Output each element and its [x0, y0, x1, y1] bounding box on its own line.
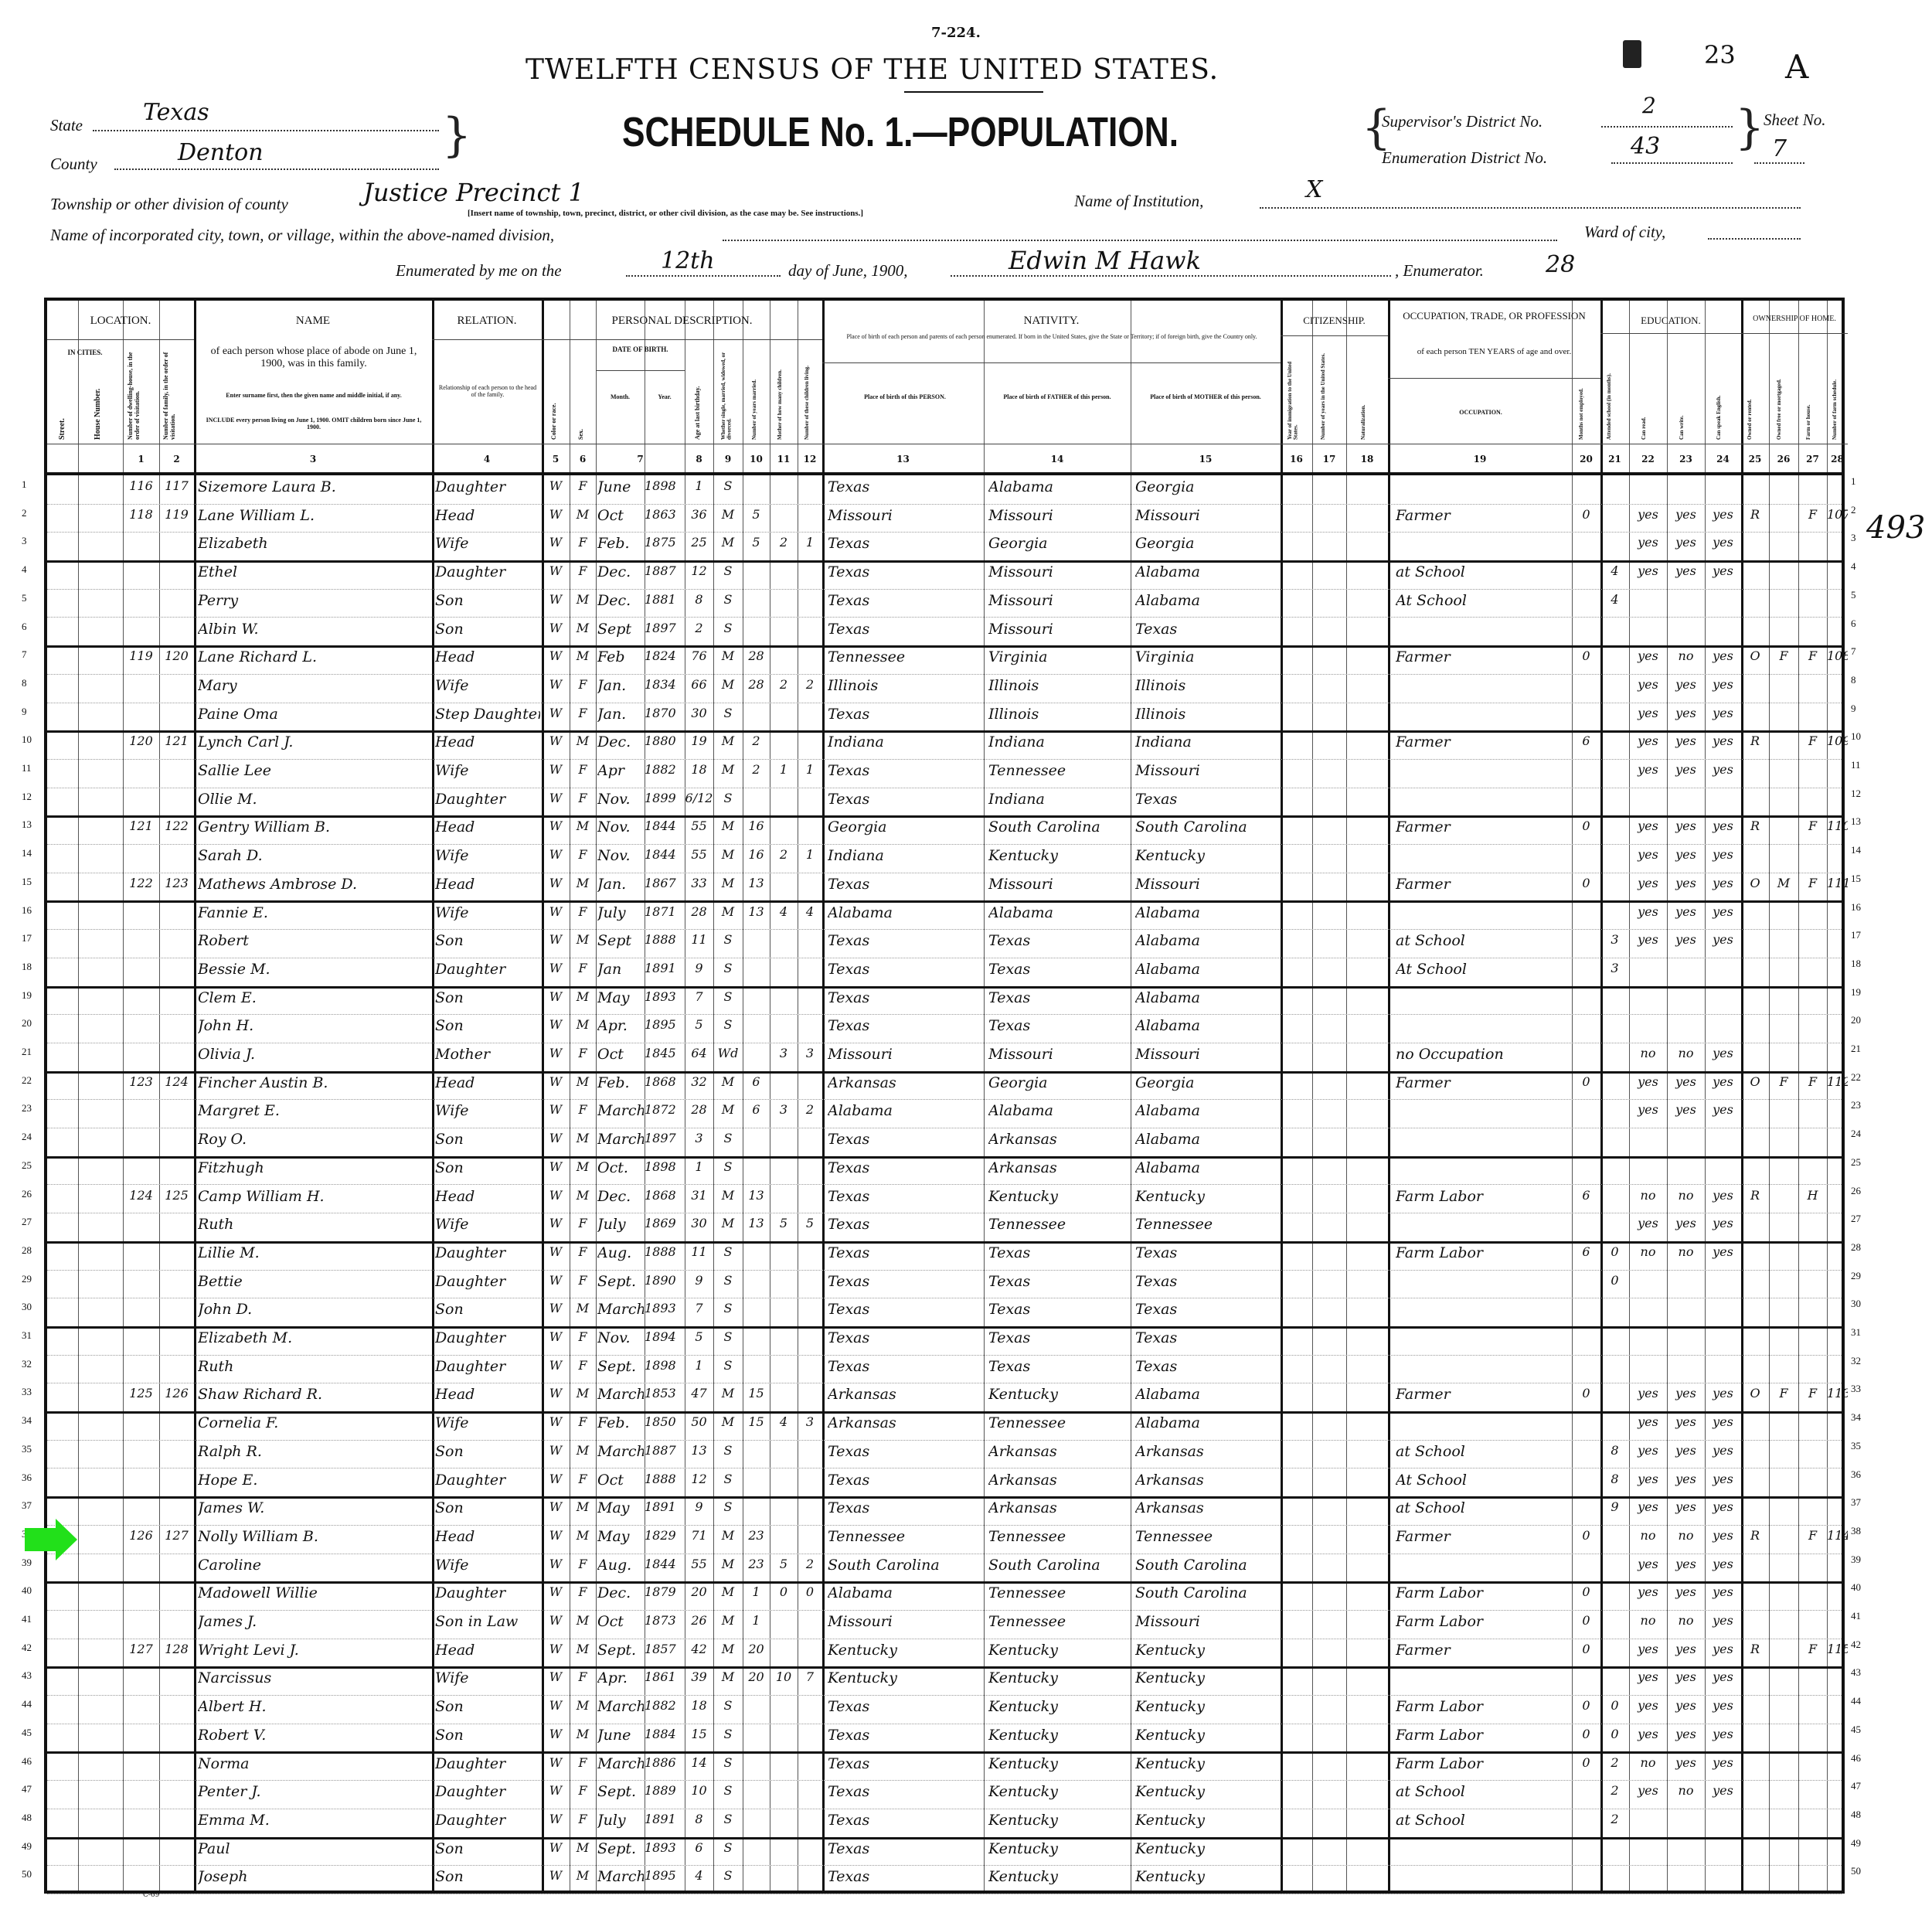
cell-year: 1868 [645, 1074, 685, 1089]
cell-age: 20 [685, 1584, 713, 1599]
cell-bm: Alabama [1135, 932, 1281, 949]
cell-speak: yes [1705, 1783, 1741, 1798]
line-number-right: 19 [1851, 986, 1861, 999]
cell-age: 18 [685, 1698, 713, 1713]
cell-bf: South Carolina [988, 818, 1131, 835]
column-number: 19 [1388, 454, 1572, 465]
cell-bp: Texas [828, 1840, 982, 1857]
cell-bp: Texas [828, 478, 982, 495]
cell-occ: at School [1396, 1812, 1570, 1829]
institution-value: X [1306, 176, 1322, 203]
cell-bp: Texas [828, 706, 982, 723]
cell-relation: Head [435, 1386, 540, 1403]
cell-speak: yes [1705, 1698, 1741, 1713]
cell-name: John H. [198, 1017, 430, 1034]
cell-year: 1879 [645, 1584, 685, 1599]
cell-speak: yes [1705, 762, 1741, 777]
line-number-left: 29 [22, 1273, 32, 1285]
table-row: Madowell WillieDaughterWFDec.187920M100A… [47, 1581, 1842, 1611]
cell-year: 1893 [645, 1840, 685, 1855]
street-header: Street. [58, 386, 66, 440]
form-number: 7-224. [931, 25, 981, 41]
cell-write: yes [1667, 876, 1705, 890]
table-row: FitzhughSonWMOct.18981STexasArkansasAlab… [47, 1156, 1842, 1186]
cell-read: yes [1629, 1727, 1667, 1741]
cell-sex: M [570, 1159, 596, 1174]
cell-free: M [1769, 876, 1798, 890]
cell-color: W [542, 706, 570, 720]
cell-speak: yes [1705, 1046, 1741, 1060]
cell-month: March [597, 1443, 644, 1460]
table-row: John H.SonWMApr.18955STexasTexasAlabama [47, 1014, 1842, 1043]
cell-color: W [542, 478, 570, 493]
cell-mother: 3 [770, 1046, 798, 1060]
cell-month: Dec. [597, 563, 644, 580]
cell-bm: Missouri [1135, 507, 1281, 524]
cell-relation: Daughter [435, 1584, 540, 1601]
cell-month: Nov. [597, 1329, 644, 1346]
cell-family: 117 [159, 478, 194, 493]
cell-ym: 1 [743, 1584, 770, 1599]
cell-bf: Kentucky [988, 1727, 1131, 1744]
cell-write: yes [1667, 1472, 1705, 1486]
cell-color: W [542, 1642, 570, 1656]
years-married-header: Number of years married. [752, 347, 758, 440]
cell-farm: F [1798, 733, 1827, 748]
table-row: PaulSonWMSept.18936STexasKentuckyKentuck… [47, 1837, 1842, 1867]
cell-age: 36 [685, 507, 713, 522]
schedule-rows: 116117Sizemore Laura B.DaughterWFJune189… [47, 475, 1842, 1890]
cell-bm: Kentucky [1135, 1755, 1281, 1772]
cell-year: 1853 [645, 1386, 685, 1400]
cell-name: Albert H. [198, 1698, 430, 1715]
cell-year: 1882 [645, 1698, 685, 1713]
cell-own: O [1741, 648, 1769, 663]
cell-occ: no Occupation [1396, 1046, 1570, 1063]
column-number: 7 [596, 454, 685, 465]
cell-marital: S [713, 989, 743, 1004]
cell-mother: 5 [770, 1216, 798, 1230]
column-number: 1 [123, 454, 159, 465]
cell-bm: Texas [1135, 1273, 1281, 1290]
nativity-desc: Place of birth of each person and parent… [828, 333, 1276, 340]
months-unemployed-header: Months not employed. [1579, 386, 1585, 440]
cell-bp: Texas [828, 961, 982, 978]
cell-month: Apr. [597, 1669, 644, 1686]
cell-color: W [542, 1414, 570, 1429]
cell-month: Apr [597, 762, 644, 779]
cell-color: W [542, 1528, 570, 1543]
line-number-right: 43 [1851, 1666, 1861, 1679]
cell-relation: Wife [435, 1216, 540, 1233]
cell-unemp: 0 [1572, 1755, 1600, 1770]
cell-name: Olivia J. [198, 1046, 430, 1063]
table-row: James J.Son in LawWMOct187326M1MissouriT… [47, 1610, 1842, 1639]
cell-marital: S [713, 1499, 743, 1514]
line-number-left: 45 [22, 1727, 32, 1739]
cell-read: yes [1629, 1783, 1667, 1798]
line-number-right: 46 [1851, 1752, 1861, 1765]
cell-color: W [542, 1698, 570, 1713]
cell-speak: yes [1705, 1472, 1741, 1486]
schedule-title: SCHEDULE No. 1.—POPULATION. [622, 108, 1179, 156]
line-number-right: 37 [1851, 1496, 1861, 1509]
cell-write: no [1667, 1613, 1705, 1628]
cell-relation: Daughter [435, 1812, 540, 1829]
name-desc: of each person whose place of abode on J… [206, 345, 422, 370]
cell-marital: M [713, 904, 743, 919]
cell-school: 2 [1600, 1755, 1629, 1770]
cell-color: W [542, 648, 570, 663]
cell-read: yes [1629, 1414, 1667, 1429]
cell-school: 0 [1600, 1698, 1629, 1713]
cell-bm: Illinois [1135, 706, 1281, 723]
cell-bp: Alabama [828, 1102, 982, 1119]
cell-bp: Texas [828, 621, 982, 638]
cell-marital: M [713, 1188, 743, 1203]
cell-year: 1884 [645, 1727, 685, 1741]
cell-read: yes [1629, 1557, 1667, 1571]
table-row: 124125Camp William H.HeadWMDec.186831M13… [47, 1185, 1842, 1214]
cell-name: Lane William L. [198, 507, 430, 524]
line-number-left: 1 [22, 478, 27, 491]
table-row: CarolineWifeWFAug.184455M2352South Carol… [47, 1554, 1842, 1584]
cell-bm: Kentucky [1135, 1669, 1281, 1686]
cell-speak: yes [1705, 648, 1741, 663]
cell-year: 1886 [645, 1755, 685, 1770]
cell-month: May [597, 989, 644, 1006]
cell-bm: Virginia [1135, 648, 1281, 665]
cell-speak: yes [1705, 904, 1741, 919]
can-read-header: Can read. [1641, 378, 1648, 440]
column-number: 16 [1281, 454, 1312, 465]
cell-age: 15 [685, 1727, 713, 1741]
cell-bm: Alabama [1135, 1159, 1281, 1176]
line-number-left: 12 [22, 791, 32, 803]
cell-age: 32 [685, 1074, 713, 1089]
cell-name: Sarah D. [198, 847, 430, 864]
cell-speak: yes [1705, 1102, 1741, 1117]
table-row: Roy O.SonWMMarch18973STexasArkansasAlaba… [47, 1128, 1842, 1159]
cell-farm: F [1798, 818, 1827, 833]
cell-write: no [1667, 1528, 1705, 1543]
cell-year: 1873 [645, 1613, 685, 1628]
cell-month: Dec. [597, 1584, 644, 1601]
cell-farm: F [1798, 507, 1827, 522]
line-number-left: 8 [22, 677, 27, 689]
cell-month: Sept. [597, 1783, 644, 1800]
cell-family: 120 [159, 648, 194, 663]
enumerator-line [951, 275, 1391, 277]
cell-speak: yes [1705, 677, 1741, 692]
cell-age: 7 [685, 989, 713, 1004]
cell-ym: 13 [743, 1216, 770, 1230]
cell-free: F [1769, 1386, 1798, 1400]
cell-year: 1891 [645, 961, 685, 975]
enumeration-line [1611, 162, 1733, 164]
township-value: Justice Precinct 1 [363, 178, 584, 207]
cell-bm: Texas [1135, 1329, 1281, 1346]
margin-note: 493 [1866, 510, 1925, 546]
table-row: Paine OmaStep DaughterWFJan.187030STexas… [47, 703, 1842, 733]
cell-sex: F [570, 1273, 596, 1288]
cell-year: 1895 [645, 1868, 685, 1883]
cell-relation: Son [435, 1868, 540, 1885]
cell-ym: 23 [743, 1528, 770, 1543]
naturalization-header: Naturalization. [1361, 362, 1367, 440]
cell-write: yes [1667, 762, 1705, 777]
cell-age: 19 [685, 733, 713, 748]
cell-bm: Kentucky [1135, 847, 1281, 864]
cell-marital: M [713, 1642, 743, 1656]
cell-ym: 15 [743, 1414, 770, 1429]
group-ownership: OWNERSHIP OF HOME. [1741, 315, 1848, 323]
cell-bp: Texas [828, 1131, 982, 1148]
line-number-right: 32 [1851, 1355, 1861, 1367]
cell-sex: F [570, 1046, 596, 1060]
cell-own: R [1741, 818, 1769, 833]
cell-school: 4 [1600, 563, 1629, 578]
sheet-letter: A [1785, 48, 1808, 86]
cell-bm: Arkansas [1135, 1443, 1281, 1460]
line-number-left: 16 [22, 904, 32, 917]
cell-bf: Kentucky [988, 1840, 1131, 1857]
cell-marital: M [713, 733, 743, 748]
supervisor-label: Supervisor's District No. [1382, 112, 1543, 131]
township-instruction: [Insert name of township, town, precinct… [468, 209, 863, 218]
cell-month: Nov. [597, 791, 644, 808]
cell-speak: yes [1705, 1584, 1741, 1599]
can-speak-header: Can speak English. [1716, 355, 1723, 440]
cell-occ: At School [1396, 961, 1570, 978]
cell-own: R [1741, 1188, 1769, 1203]
institution-line [1260, 207, 1801, 209]
cell-own: O [1741, 1074, 1769, 1089]
column-number: 2 [159, 454, 194, 465]
cell-bf: Missouri [988, 876, 1131, 893]
cell-year: 1888 [645, 1244, 685, 1259]
cell-dwelling: 116 [123, 478, 159, 493]
cell-year: 1872 [645, 1102, 685, 1117]
birth-mother-header: Place of birth of MOTHER of this person. [1131, 393, 1281, 400]
cell-mother: 2 [770, 677, 798, 692]
cell-read: yes [1629, 762, 1667, 777]
cell-sex: F [570, 535, 596, 550]
cell-relation: Wife [435, 1557, 540, 1574]
cell-year: 1867 [645, 876, 685, 890]
cell-month: Jan. [597, 677, 644, 694]
cell-occ: Farmer [1396, 1528, 1570, 1545]
cell-bm: Tennessee [1135, 1216, 1281, 1233]
cell-occ: Farm Labor [1396, 1188, 1570, 1205]
state-value: Texas [143, 99, 209, 126]
cell-relation: Daughter [435, 563, 540, 580]
cell-month: Dec. [597, 592, 644, 609]
cell-family: 121 [159, 733, 194, 748]
cell-write: yes [1667, 706, 1705, 720]
cell-month: March [597, 1131, 644, 1148]
city-line [723, 240, 1557, 241]
cell-write: yes [1667, 1102, 1705, 1117]
line-number-left: 23 [22, 1102, 32, 1115]
line-number-left: 4 [22, 563, 27, 576]
line-number-left: 31 [22, 1329, 32, 1342]
cell-sex: M [570, 932, 596, 947]
occupation-desc: of each person TEN YEARS of age and over… [1396, 347, 1593, 357]
cell-speak: yes [1705, 1642, 1741, 1656]
cell-occ: At School [1396, 1472, 1570, 1489]
cell-sex: M [570, 1642, 596, 1656]
cell-month: Aug. [597, 1557, 644, 1574]
cell-write: yes [1667, 1727, 1705, 1741]
cell-year: 1871 [645, 904, 685, 919]
cell-bp: Texas [828, 932, 982, 949]
cell-name: Roy O. [198, 1131, 430, 1148]
cell-name: Fitzhugh [198, 1159, 430, 1176]
cell-bp: Alabama [828, 904, 982, 921]
cell-family: 127 [159, 1528, 194, 1543]
cell-bp: Texas [828, 1499, 982, 1516]
cell-occ: Farm Labor [1396, 1755, 1570, 1772]
column-number: 20 [1572, 454, 1600, 465]
name-instr2: INCLUDE every person living on June 1, 1… [206, 417, 422, 431]
column-number: 22 [1629, 454, 1667, 465]
cell-occ: Farmer [1396, 818, 1570, 835]
cell-bf: Arkansas [988, 1472, 1131, 1489]
column-number: 27 [1798, 454, 1827, 465]
cell-sex: M [570, 1386, 596, 1400]
cell-bm: South Carolina [1135, 1557, 1281, 1574]
sex-header: Sex. [578, 409, 585, 440]
cell-bm: Tennessee [1135, 1528, 1281, 1545]
cell-occ: at School [1396, 1499, 1570, 1516]
stamp-icon [1623, 40, 1641, 68]
cell-month: Feb. [597, 1074, 644, 1091]
cell-age: 28 [685, 904, 713, 919]
cell-sex: F [570, 1812, 596, 1826]
line-number-left: 11 [22, 762, 32, 774]
line-number-left: 48 [22, 1812, 32, 1824]
enumerator-name: Edwin M Hawk [1009, 246, 1201, 275]
cell-relation: Wife [435, 1669, 540, 1686]
cell-bf: Georgia [988, 535, 1131, 552]
cell-marital: S [713, 961, 743, 975]
cell-bp: Kentucky [828, 1669, 982, 1686]
cell-relation: Daughter [435, 1783, 540, 1800]
cell-occ: Farm Labor [1396, 1244, 1570, 1261]
years-in-us-header: Number of years in the United States. [1321, 347, 1327, 440]
cell-month: July [597, 904, 644, 921]
cell-sched: 108 [1827, 648, 1848, 663]
cell-bf: Tennessee [988, 1414, 1131, 1431]
cell-bm: Georgia [1135, 478, 1281, 495]
line-number-right: 11 [1851, 759, 1861, 771]
cell-speak: yes [1705, 563, 1741, 578]
cell-month: Sept. [597, 1358, 644, 1375]
cell-mother: 2 [770, 535, 798, 550]
cell-occ: Farmer [1396, 876, 1570, 893]
cell-color: W [542, 563, 570, 578]
cell-sched: 107 [1827, 507, 1848, 522]
cell-color: W [542, 507, 570, 522]
cell-bm: Missouri [1135, 876, 1281, 893]
cell-sex: F [570, 563, 596, 578]
cell-year: 1897 [645, 1131, 685, 1145]
line-number-left: 13 [22, 818, 32, 831]
cell-school: 0 [1600, 1273, 1629, 1288]
cell-relation: Wife [435, 904, 540, 921]
line-number-right: 22 [1851, 1071, 1861, 1084]
line-number-left: 30 [22, 1301, 32, 1313]
cell-sex: M [570, 1613, 596, 1628]
cell-living: 2 [798, 1557, 822, 1571]
cell-bp: Texas [828, 1188, 982, 1205]
cell-sex: F [570, 1216, 596, 1230]
column-number: 28 [1827, 454, 1848, 465]
cell-name: Mathews Ambrose D. [198, 876, 430, 893]
cell-occ: Farm Labor [1396, 1613, 1570, 1630]
cell-bf: Indiana [988, 733, 1131, 750]
cell-color: W [542, 592, 570, 607]
line-number-right: 4 [1851, 560, 1856, 573]
table-row: Sallie LeeWifeWFApr188218M211TexasTennes… [47, 759, 1842, 788]
cell-dwelling: 126 [123, 1528, 159, 1543]
cell-sched: 115 [1827, 1642, 1848, 1656]
line-number-left: 43 [22, 1669, 32, 1682]
cell-name: Norma [198, 1755, 430, 1772]
cell-bf: Alabama [988, 904, 1131, 921]
line-number-right: 6 [1851, 618, 1856, 630]
cell-marital: S [713, 1131, 743, 1145]
column-number: 24 [1705, 454, 1741, 465]
cell-bp: Texas [828, 563, 982, 580]
cell-write: yes [1667, 1216, 1705, 1230]
cell-relation: Daughter [435, 1472, 540, 1489]
table-row: James W.SonWMMay18919STexasArkansasArkan… [47, 1496, 1842, 1526]
cell-read: yes [1629, 706, 1667, 720]
cell-farm: F [1798, 1074, 1827, 1089]
cell-age: 26 [685, 1613, 713, 1628]
enumerated-suffix: day of June, 1900, [788, 261, 908, 281]
cell-bm: Alabama [1135, 904, 1281, 921]
line-number-left: 5 [22, 592, 27, 604]
cell-marital: S [713, 563, 743, 578]
line-number-left: 14 [22, 847, 32, 859]
cell-year: 1844 [645, 818, 685, 833]
cell-month: Nov. [597, 818, 644, 835]
age-header: Age at last birthday. [695, 355, 702, 440]
table-row: John D.SonWMMarch18937STexasTexasTexas [47, 1298, 1842, 1329]
cell-bm: Georgia [1135, 1074, 1281, 1091]
table-row: RobertSonWMSept188811STexasTexasAlabamaa… [47, 929, 1842, 958]
line-number-left: 17 [22, 932, 32, 944]
cell-color: W [542, 904, 570, 919]
cell-color: W [542, 1074, 570, 1089]
cell-read: no [1629, 1046, 1667, 1060]
cell-family: 125 [159, 1188, 194, 1203]
cell-write: no [1667, 648, 1705, 663]
cell-sex: F [570, 847, 596, 862]
cell-unemp: 6 [1572, 733, 1600, 748]
line-number-left: 36 [22, 1472, 32, 1484]
cell-speak: yes [1705, 1386, 1741, 1400]
line-number-right: 15 [1851, 873, 1861, 885]
cell-bm: Kentucky [1135, 1188, 1281, 1205]
cell-write: no [1667, 1244, 1705, 1259]
relation-desc: Relationship of each person to the head … [437, 384, 538, 398]
cell-bf: Tennessee [988, 1216, 1131, 1233]
cell-school: 2 [1600, 1812, 1629, 1826]
